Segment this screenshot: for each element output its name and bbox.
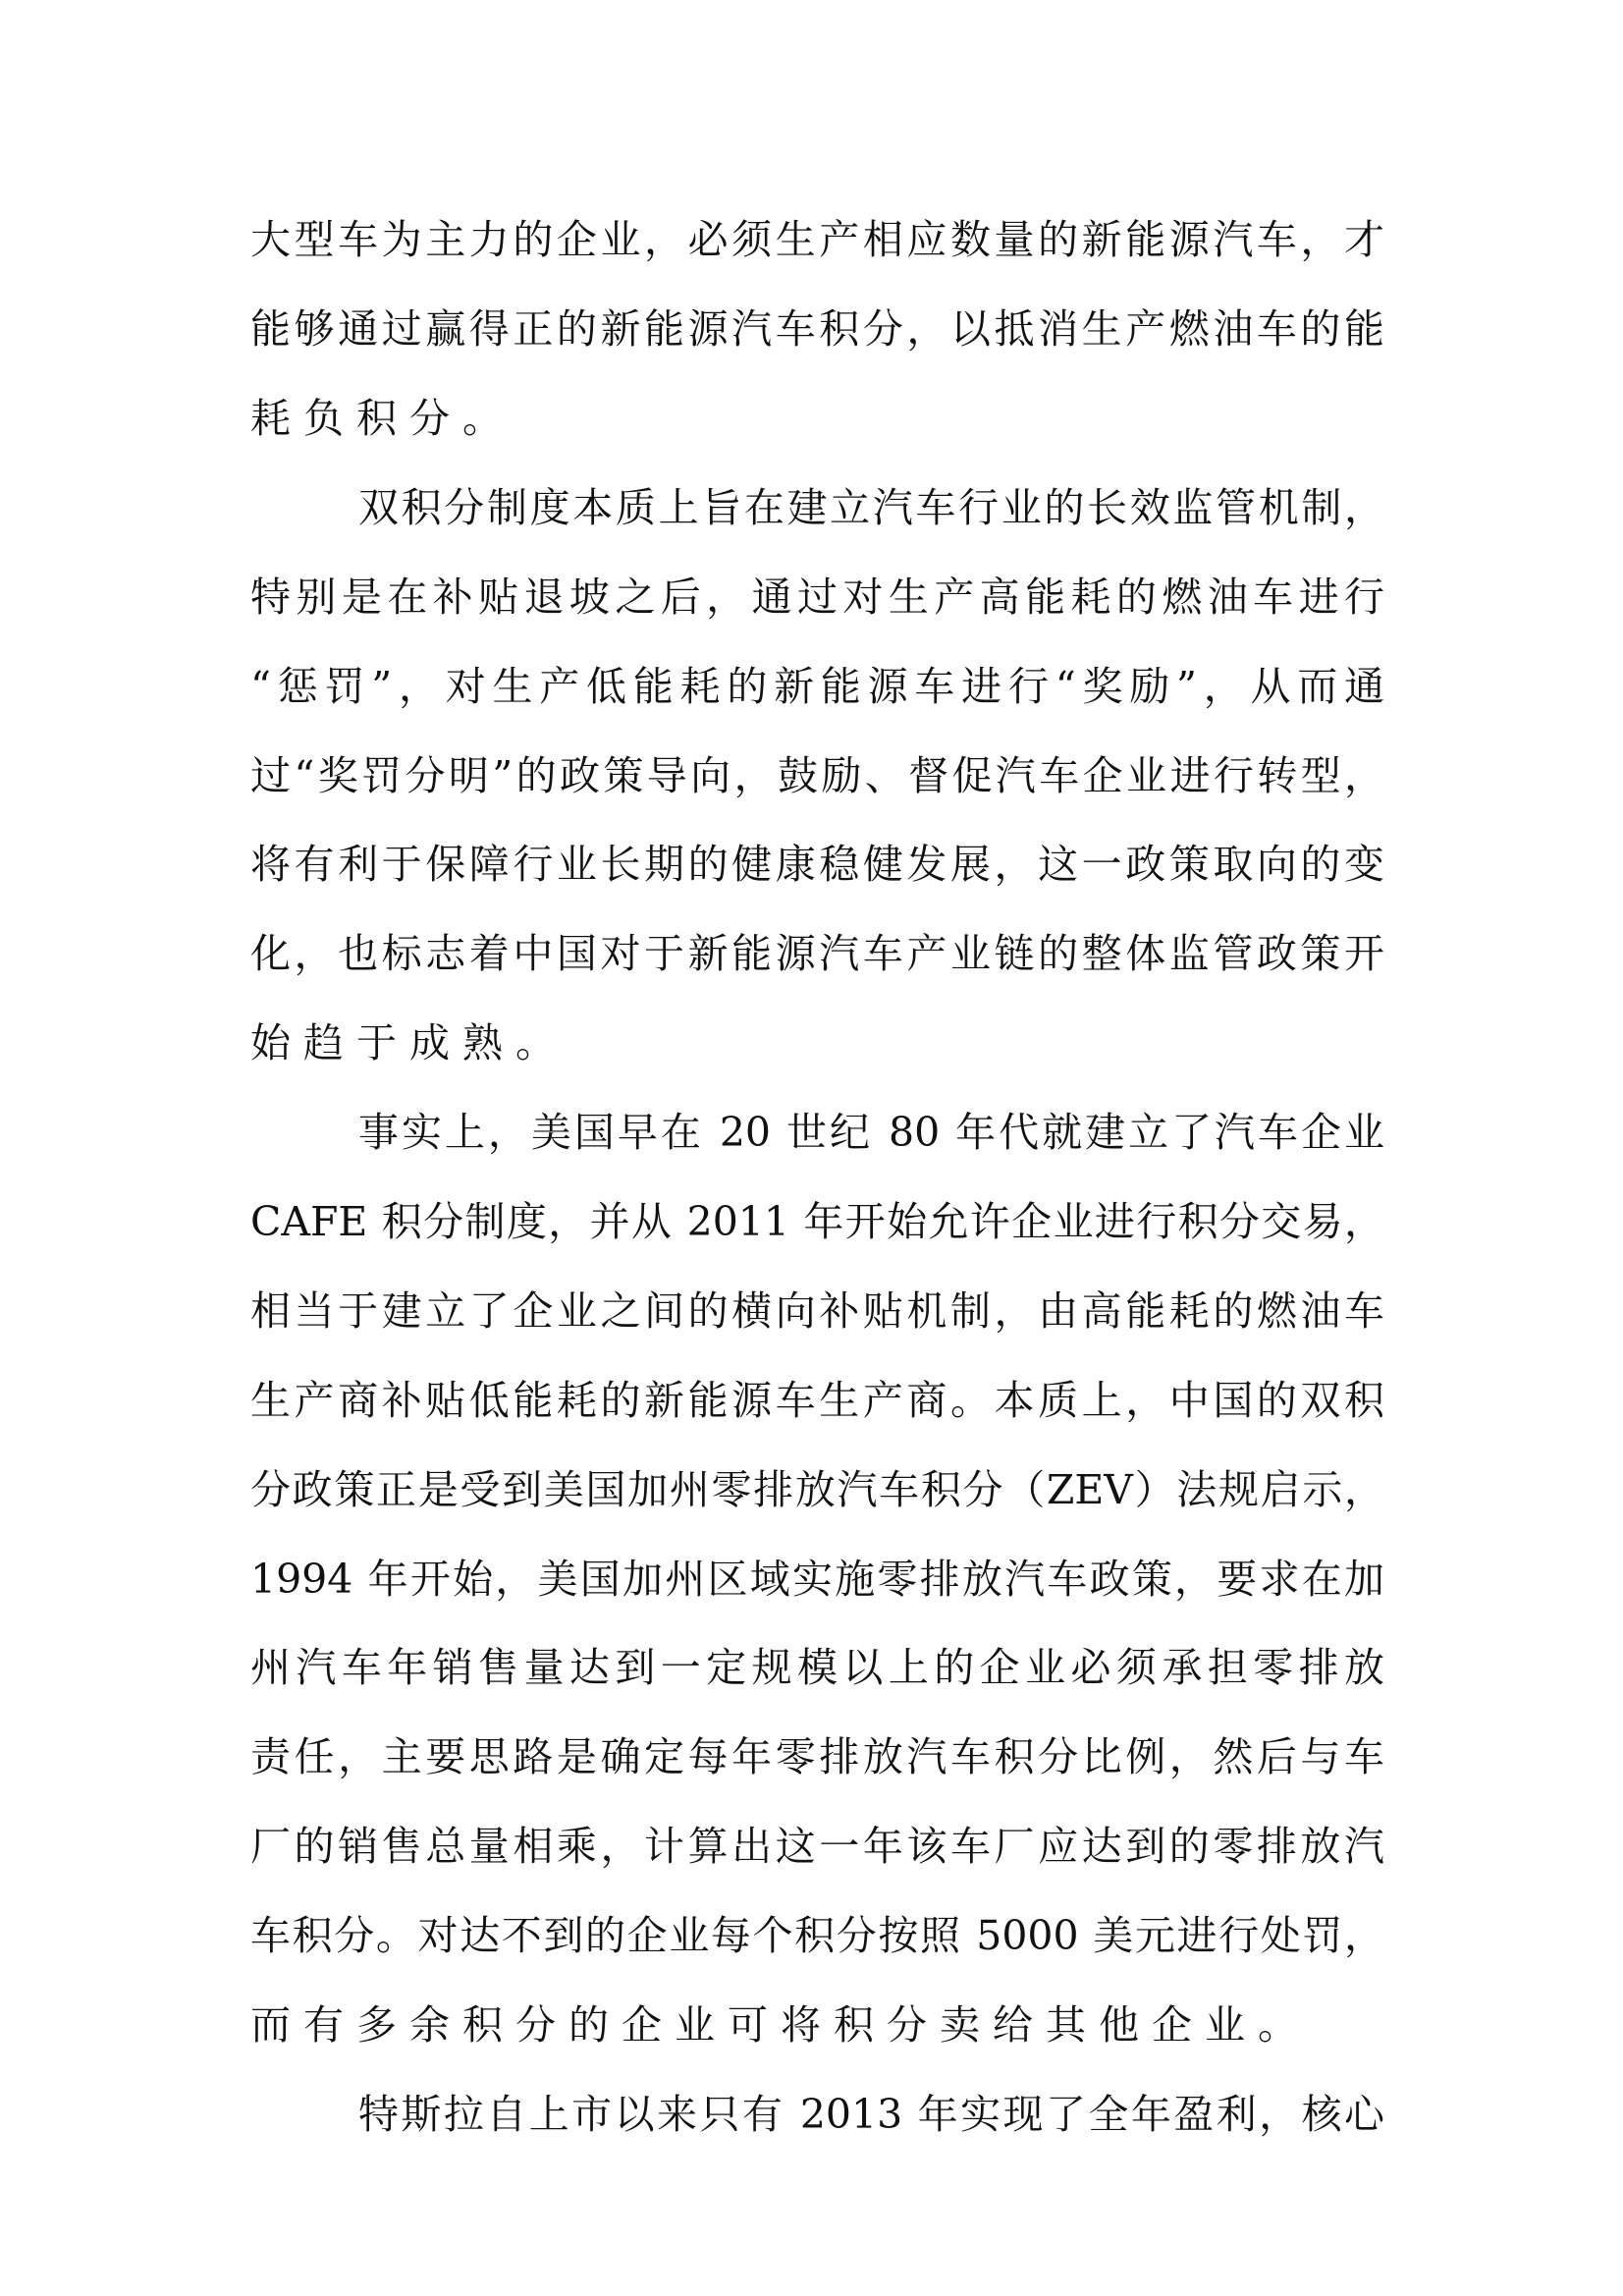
paragraph-3-line-9: 厂的销售总量相乘，计算出这一年该车厂应达到的零排放汽: [250, 1817, 1384, 1876]
paragraph-2-line-4: 过“奖罚分明”的政策导向，鼓励、督促汽车企业进行转型，: [250, 746, 1384, 805]
paragraph-3-line-8: 责任，主要思路是确定每年零排放汽车积分比例，然后与车: [250, 1727, 1384, 1786]
paragraph-3-line-6: 1994 年开始，美国加州区域实施零排放汽车政策，要求在加: [250, 1550, 1384, 1609]
paragraph-2-line-6: 化，也标志着中国对于新能源汽车产业链的整体监管政策开: [250, 924, 1384, 983]
paragraph-1-line-3: 耗负积分。: [250, 389, 1384, 448]
paragraph-3-line-3: 相当于建立了企业之间的横向补贴机制，由高能耗的燃油车: [250, 1282, 1384, 1340]
paragraph-2-line-2: 特别是在补贴退坡之后，通过对生产高能耗的燃油车进行: [250, 568, 1384, 627]
paragraph-2-line-3: “惩罚”，对生产低能耗的新能源车进行“奖励”，从而通: [250, 657, 1384, 716]
paragraph-1-line-2: 能够通过赢得正的新能源汽车积分，以抵消生产燃油车的能: [250, 300, 1384, 358]
document-page: 大型车为主力的企业，必须生产相应数量的新能源汽车，才 能够通过赢得正的新能源汽车…: [0, 0, 1623, 2296]
paragraph-3-line-7: 州汽车年销售量达到一定规模以上的企业必须承担零排放: [250, 1638, 1384, 1697]
paragraph-2-line-5: 将有利于保障行业长期的健康稳健发展，这一政策取向的变: [250, 835, 1384, 894]
paragraph-4-line-1: 特斯拉自上市以来只有 2013 年实现了全年盈利，核心: [358, 2085, 1384, 2144]
paragraph-2-line-7: 始趋于成熟。: [250, 1013, 1384, 1072]
paragraph-3-line-10: 车积分。对达不到的企业每个积分按照 5000 美元进行处罚，: [250, 1906, 1384, 1965]
paragraph-1-line-1: 大型车为主力的企业，必须生产相应数量的新能源汽车，才: [250, 210, 1384, 269]
paragraph-3-line-5: 分政策正是受到美国加州零排放汽车积分（ZEV）法规启示，: [250, 1460, 1384, 1519]
paragraph-2-line-1: 双积分制度本质上旨在建立汽车行业的长效监管机制，: [358, 478, 1384, 537]
paragraph-3-line-2: CAFE 积分制度，并从 2011 年开始允许企业进行积分交易，: [250, 1192, 1384, 1251]
paragraph-3-line-11: 而有多余积分的企业可将积分卖给其他企业。: [250, 1995, 1384, 2054]
paragraph-3-line-4: 生产商补贴低能耗的新能源车生产商。本质上，中国的双积: [250, 1371, 1384, 1430]
paragraph-3-line-1: 事实上，美国早在 20 世纪 80 年代就建立了汽车企业: [358, 1103, 1384, 1162]
